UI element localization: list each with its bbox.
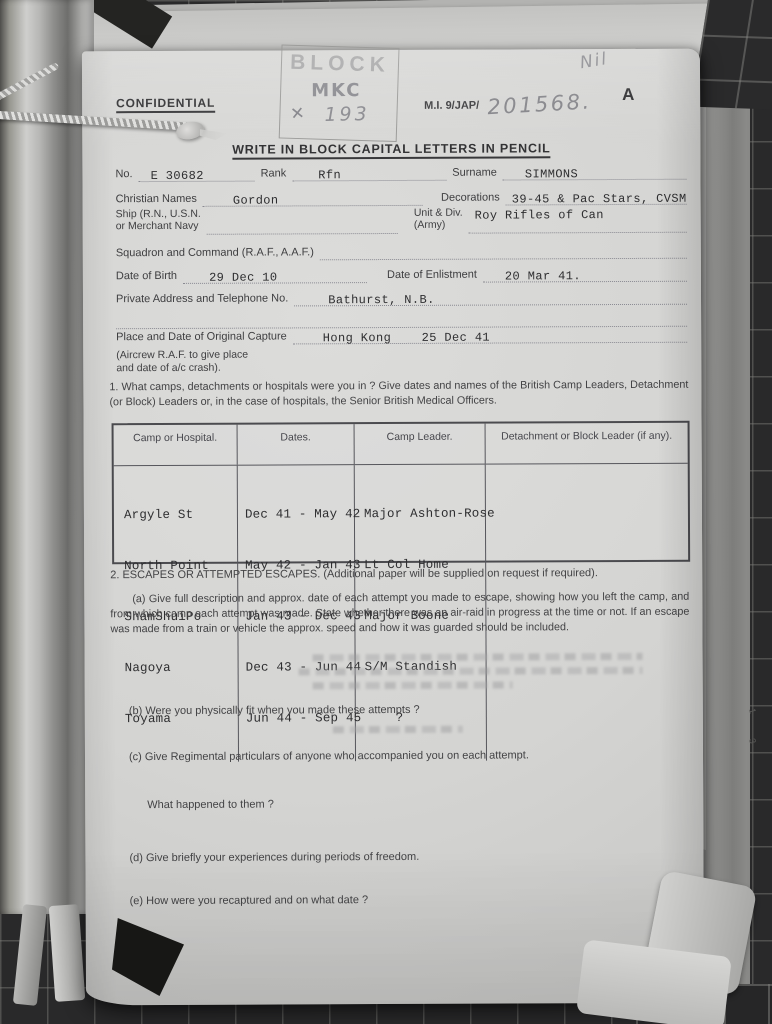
camps-table-header: Camp or Hospital. Dates. Camp Leader. De…: [114, 423, 688, 467]
question-d: (d) Give briefly your experiences during…: [129, 851, 419, 864]
squadron-label: Squadron and Command (R.A.F., A.A.F.): [116, 246, 314, 261]
enlistment-label: Date of Enlistment: [387, 269, 477, 283]
capture-label: Place and Date of Original Capture: [116, 330, 287, 345]
question-b: (b) Were you physically fit when you mad…: [129, 704, 420, 717]
header-camp-or-hospital: Camp or Hospital.: [114, 425, 238, 466]
table-cell: Major Ashton-Rose: [364, 506, 485, 524]
ref-number-handwritten: 201568.: [487, 89, 593, 119]
date-of-birth-value: 29 Dec 10: [209, 271, 277, 285]
header-dates: Dates.: [238, 424, 355, 465]
block-stamp: BLOCK MKC ✕ 193: [279, 44, 400, 142]
field-row-dob-enlistment: Date of Birth 29 Dec 10 Date of Enlistme…: [116, 260, 687, 284]
question-1-text: 1. What camps, detachments or hospitals …: [109, 378, 688, 410]
file-binding-edge: [0, 0, 94, 914]
capture-value: Hong Kong 25 Dec 41: [323, 331, 490, 346]
enlistment-value: 20 Mar 41.: [505, 269, 581, 283]
header-camp-leader: Camp Leader.: [355, 424, 486, 465]
section-2-heading: 2. ESCAPES OR ATTEMPTED ESCAPES. (Additi…: [110, 567, 689, 582]
table-cell: [486, 505, 688, 506]
header-detachment-leader: Detachment or Block Leader (if any).: [486, 423, 688, 464]
rank-label: Rank: [261, 167, 287, 181]
unit-div-value: Roy Rifles of Can: [475, 208, 604, 223]
no-value: E 30682: [151, 169, 204, 183]
bleed-through-smudge: [299, 667, 643, 676]
question-c: (c) Give Regimental particulars of anyon…: [129, 749, 529, 763]
handwritten-nil: Nil: [579, 49, 610, 73]
bleed-through-smudge: [333, 726, 463, 734]
ship-label: Ship (R.N., U.S.N.or Merchant Navy: [116, 208, 201, 236]
field-row-squadron: Squadron and Command (R.A.F., A.A.F.): [116, 237, 687, 261]
surname-value: SIMMONS: [525, 167, 578, 181]
field-row-christian-decorations: Christian Names Gordon Decorations 39-45…: [116, 183, 687, 207]
field-row-capture: Place and Date of Original Capture Hong …: [116, 325, 687, 345]
capture-note: (Aircrew R.A.F. to give placeand date of…: [116, 349, 248, 375]
date-of-birth-label: Date of Birth: [116, 270, 177, 284]
camps-table: Camp or Hospital. Dates. Camp Leader. De…: [112, 421, 691, 565]
surname-label: Surname: [452, 167, 497, 181]
field-row-address: Private Address and Telephone No. Bathur…: [116, 283, 687, 307]
questionnaire-page: CONFIDENTIAL BLOCK MKC ✕ 193 Nil M.I. 9/…: [82, 49, 704, 1006]
rank-value: Rfn: [318, 168, 341, 182]
decorations-label: Decorations: [441, 192, 500, 206]
unit-div-label: Unit & Div.(Army): [414, 207, 463, 234]
stamp-pencil-number: 193: [324, 103, 370, 126]
table-cell: Argyle St: [124, 507, 237, 524]
stamp-word: BLOCK: [282, 50, 399, 78]
block-capitals-instruction: WRITE IN BLOCK CAPITAL LETTERS IN PENCIL: [232, 141, 550, 159]
ref-label: M.I. 9/JAP/: [424, 100, 479, 112]
address-label: Private Address and Telephone No.: [116, 292, 288, 307]
table-cell: Nagoya: [125, 660, 238, 677]
no-label: No.: [115, 168, 132, 182]
field-row-no-rank-surname: No. E 30682 Rank Rfn Surname SIMMONS: [115, 158, 686, 182]
christian-names-label: Christian Names: [116, 193, 197, 207]
series-letter: A: [622, 85, 634, 105]
address-value: Bathurst, N.B.: [328, 293, 434, 307]
section-2a-text: (a) Give full description and approx. da…: [110, 590, 689, 637]
question-e: (e) How were you recaptured and on what …: [130, 894, 369, 907]
question-c2: What happened to them ?: [147, 799, 274, 812]
stamp-pencil-note: MKC: [311, 80, 361, 101]
confidential-label: CONFIDENTIAL: [116, 96, 215, 113]
field-row-ship-unit: Ship (R.N., U.S.N.or Merchant Navy Unit …: [116, 205, 687, 235]
bleed-through-smudge: [313, 653, 643, 661]
photo-stage: 1 3 CONFIDENTIAL BLOCK MKC ✕ 193 Nil M.I…: [0, 0, 772, 1024]
stamp-pencil-cross: ✕: [289, 103, 305, 124]
table-cell: Dec 41 - May 42: [245, 506, 354, 523]
bleed-through-smudge: [313, 681, 513, 689]
